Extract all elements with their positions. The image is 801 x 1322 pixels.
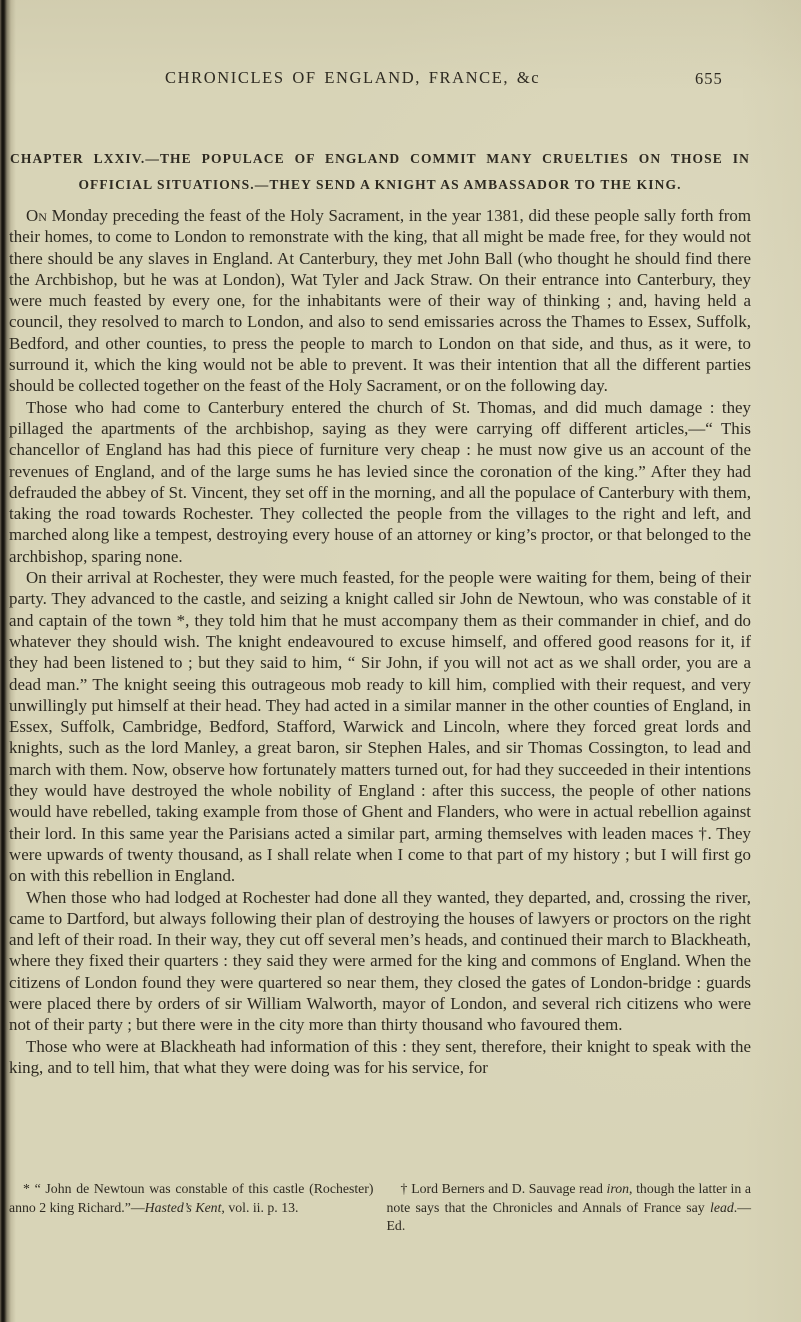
chapter-heading: CHAPTER LXXIV.—THE POPULACE OF ENGLAND C… xyxy=(10,146,750,198)
body-text: On Monday preceding the feast of the Hol… xyxy=(9,205,751,1078)
paragraph-1-rest: Monday preceding the feast of the Holy S… xyxy=(9,206,751,395)
paragraph-5: Those who were at Blackheath had informa… xyxy=(9,1036,751,1079)
paragraph-1: On Monday preceding the feast of the Hol… xyxy=(9,205,751,397)
page-number: 655 xyxy=(695,69,723,89)
footnote-left-text-c: , vol. ii. p. 13. xyxy=(221,1200,298,1215)
chapter-heading-line1: CHAPTER LXXIV.—THE POPULACE OF ENGLAND C… xyxy=(10,146,750,172)
footnote-right-text-a: † Lord Berners and D. Sauvage read xyxy=(401,1181,607,1196)
running-header: CHRONICLES OF ENGLAND, FRANCE, &c 655 xyxy=(0,68,801,92)
footnote-left: * “ John de Newtoun was constable of thi… xyxy=(9,1180,374,1236)
footnotes: * “ John de Newtoun was constable of thi… xyxy=(9,1180,751,1236)
paragraph-2: Those who had come to Canterbury entered… xyxy=(9,397,751,567)
footnote-right: † Lord Berners and D. Sauvage read iron,… xyxy=(387,1180,752,1236)
paragraph-4: When those who had lodged at Rochester h… xyxy=(9,887,751,1036)
footnote-right-word-iron: iron xyxy=(607,1181,630,1196)
book-page: CHRONICLES OF ENGLAND, FRANCE, &c 655 CH… xyxy=(0,0,801,1322)
footnote-left-source: Hasted’s Kent xyxy=(145,1200,222,1215)
paragraph-1-lead: On xyxy=(26,206,47,225)
paragraph-3: On their arrival at Rochester, they were… xyxy=(9,567,751,886)
footnote-right-word-lead: lead xyxy=(710,1200,734,1215)
chapter-heading-line2: OFFICIAL SITUATIONS.—THEY SEND A KNIGHT … xyxy=(10,172,750,198)
header-title: CHRONICLES OF ENGLAND, FRANCE, &c xyxy=(165,68,540,88)
